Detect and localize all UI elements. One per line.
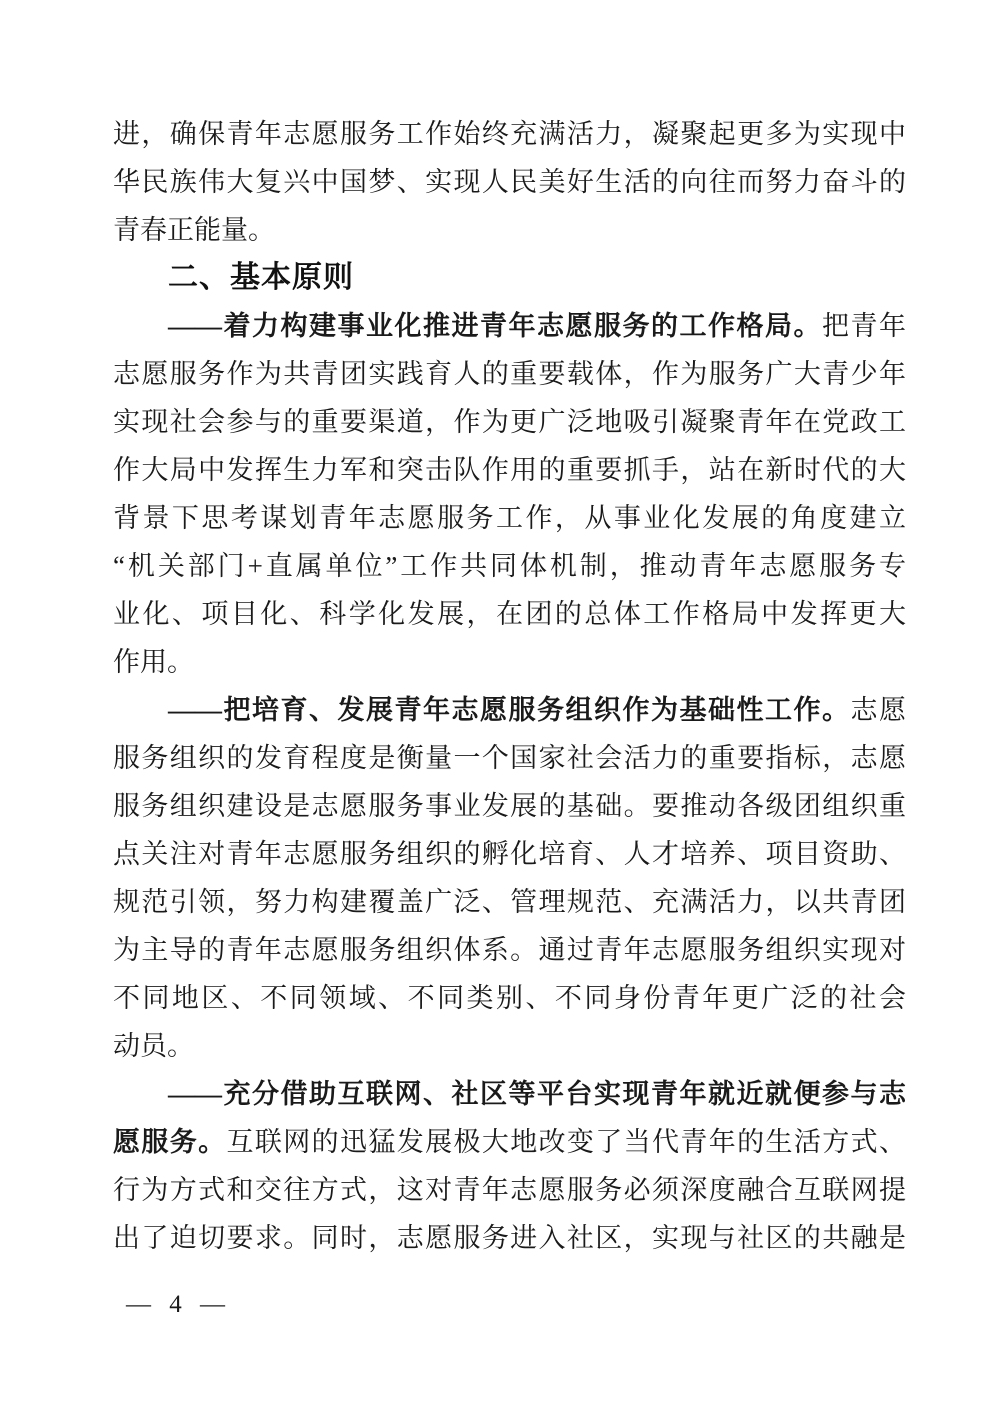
text-segment: 规范引领，努力构建覆盖广泛、管理规范、充满活力，以共青团 xyxy=(113,887,906,917)
text-segment: 为主导的青年志愿服务组织体系。通过青年志愿服务组织实现对 xyxy=(113,935,906,965)
document-page: 进，确保青年志愿服务工作始终充满活力，凝聚起更多为实现中华民族伟大复兴中国梦、实… xyxy=(0,0,1004,1417)
text-segment: 志愿 xyxy=(851,695,907,725)
text-segment: 出了迫切要求。同时，志愿服务进入社区，实现与社区的共融是 xyxy=(113,1223,906,1253)
text-line: 规范引领，努力构建覆盖广泛、管理规范、充满活力，以共青团 xyxy=(113,878,906,926)
text-segment: 点关注对青年志愿服务组织的孵化培育、人才培养、项目资助、 xyxy=(113,839,906,869)
text-segment: “机关部门+直属单位”工作共同体机制，推动青年志愿服务专 xyxy=(113,551,906,581)
text-line: 华民族伟大复兴中国梦、实现人民美好生活的向往而努力奋斗的 xyxy=(113,158,906,206)
text-line: 动员。 xyxy=(113,1022,906,1070)
text-line: 行为方式和交往方式，这对青年志愿服务必须深度融合互联网提 xyxy=(113,1166,906,1214)
text-line: 为主导的青年志愿服务组织体系。通过青年志愿服务组织实现对 xyxy=(113,926,906,974)
text-line: 作大局中发挥生力军和突击队作用的重要抓手，站在新时代的大 xyxy=(113,446,906,494)
text-line: ——充分借助互联网、社区等平台实现青年就近就便参与志 xyxy=(113,1070,906,1118)
text-line: 进，确保青年志愿服务工作始终充满活力，凝聚起更多为实现中 xyxy=(113,110,906,158)
text-segment: 业化、项目化、科学化发展，在团的总体工作格局中发挥更大 xyxy=(113,599,906,629)
text-line: 愿服务。互联网的迅猛发展极大地改变了当代青年的生活方式、 xyxy=(113,1118,906,1166)
text-segment: 实现社会参与的重要渠道，作为更广泛地吸引凝聚青年在党政工 xyxy=(113,407,906,437)
text-segment: 行为方式和交往方式，这对青年志愿服务必须深度融合互联网提 xyxy=(113,1175,906,1205)
text-segment: 服务组织建设是志愿服务事业发展的基础。要推动各级团组织重 xyxy=(113,791,906,821)
bold-text-segment: 愿服务。 xyxy=(113,1127,226,1157)
text-segment: 青春正能量。 xyxy=(113,215,275,245)
bold-text-segment: ——把培育、发展青年志愿服务组织作为基础性工作。 xyxy=(168,695,851,725)
text-line: ——把培育、发展青年志愿服务组织作为基础性工作。志愿 xyxy=(113,686,906,734)
text-segment: 背景下思考谋划青年志愿服务工作，从事业化发展的角度建立 xyxy=(113,503,906,533)
section-heading: 二、基本原则 xyxy=(113,254,906,302)
text-line: 服务组织的发育程度是衡量一个国家社会活力的重要指标，志愿 xyxy=(113,734,906,782)
text-line: 不同地区、不同领域、不同类别、不同身份青年更广泛的社会 xyxy=(113,974,906,1022)
text-segment: 作大局中发挥生力军和突击队作用的重要抓手，站在新时代的大 xyxy=(113,455,906,485)
text-segment: 服务组织的发育程度是衡量一个国家社会活力的重要指标，志愿 xyxy=(113,743,906,773)
text-line: 背景下思考谋划青年志愿服务工作，从事业化发展的角度建立 xyxy=(113,494,906,542)
text-line: “机关部门+直属单位”工作共同体机制，推动青年志愿服务专 xyxy=(113,542,906,590)
text-segment: 作用。 xyxy=(113,647,194,677)
text-line: ——着力构建事业化推进青年志愿服务的工作格局。把青年 xyxy=(113,302,906,350)
text-segment: 进，确保青年志愿服务工作始终充满活力，凝聚起更多为实现中 xyxy=(113,119,906,149)
text-line: 作用。 xyxy=(113,638,906,686)
text-line: 服务组织建设是志愿服务事业发展的基础。要推动各级团组织重 xyxy=(113,782,906,830)
bold-text-segment: 二、基本原则 xyxy=(168,261,354,294)
text-line: 业化、项目化、科学化发展，在团的总体工作格局中发挥更大 xyxy=(113,590,906,638)
footer-page-number: — 4 — xyxy=(126,1291,226,1319)
text-line: 出了迫切要求。同时，志愿服务进入社区，实现与社区的共融是 xyxy=(113,1214,906,1262)
text-line: 青春正能量。 xyxy=(113,206,906,254)
bold-text-segment: ——充分借助互联网、社区等平台实现青年就近就便参与志 xyxy=(168,1079,906,1109)
text-segment: 互联网的迅猛发展极大地改变了当代青年的生活方式、 xyxy=(226,1127,906,1157)
text-segment: 把青年 xyxy=(822,311,906,341)
text-line: 志愿服务作为共青团实践育人的重要载体，作为服务广大青少年 xyxy=(113,350,906,398)
bold-text-segment: ——着力构建事业化推进青年志愿服务的工作格局。 xyxy=(168,311,822,341)
text-line: 点关注对青年志愿服务组织的孵化培育、人才培养、项目资助、 xyxy=(113,830,906,878)
text-segment: 志愿服务作为共青团实践育人的重要载体，作为服务广大青少年 xyxy=(113,359,906,389)
text-segment: 华民族伟大复兴中国梦、实现人民美好生活的向往而努力奋斗的 xyxy=(113,167,906,197)
text-line: 实现社会参与的重要渠道，作为更广泛地吸引凝聚青年在党政工 xyxy=(113,398,906,446)
text-segment: 动员。 xyxy=(113,1031,194,1061)
document-body: 进，确保青年志愿服务工作始终充满活力，凝聚起更多为实现中华民族伟大复兴中国梦、实… xyxy=(113,110,906,1262)
text-segment: 不同地区、不同领域、不同类别、不同身份青年更广泛的社会 xyxy=(113,983,906,1013)
